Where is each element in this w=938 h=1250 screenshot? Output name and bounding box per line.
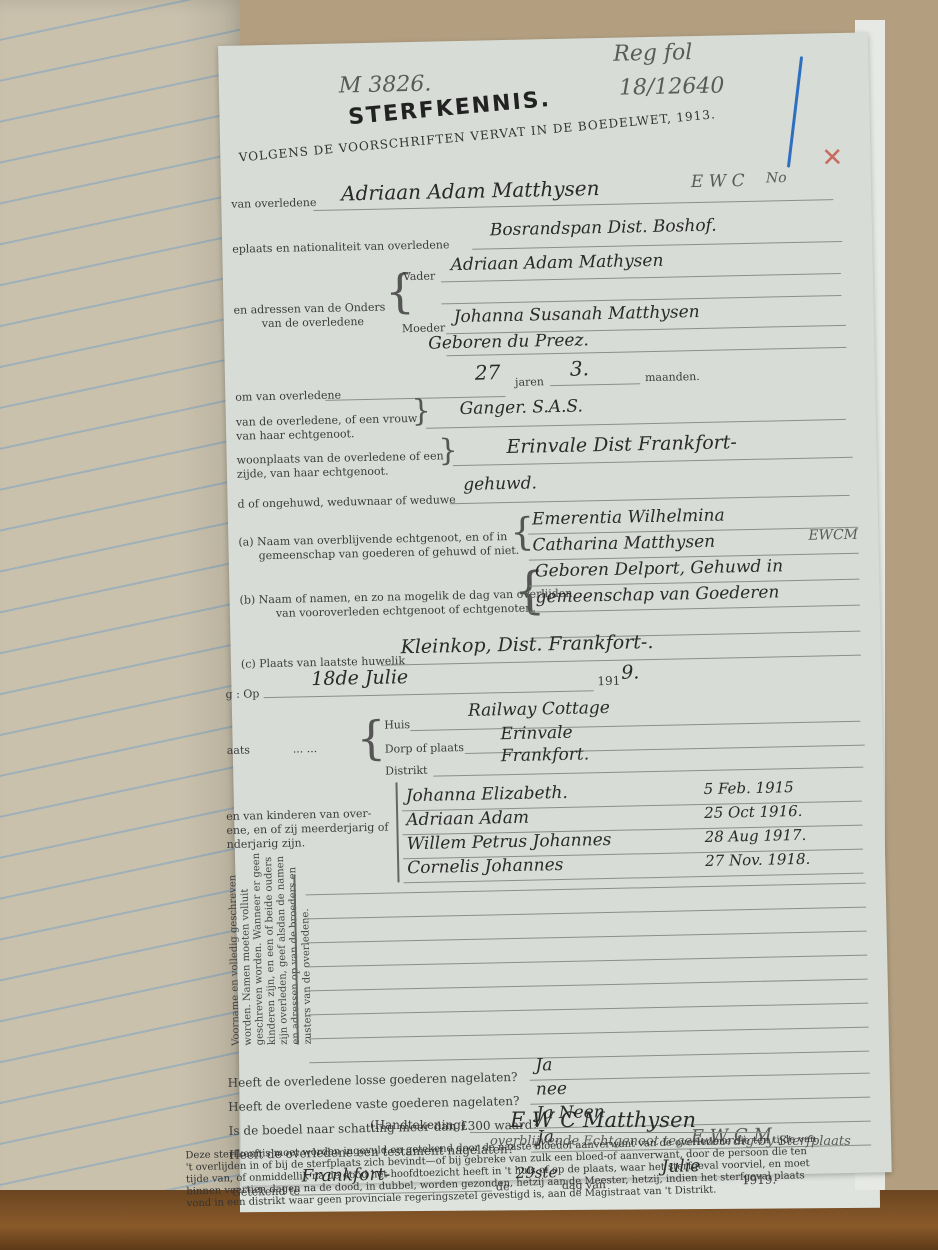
signature: E W C Matthysen [510,1108,696,1132]
father-label: Vader [403,270,436,284]
deceased-name: Adriaan Adam Matthysen [341,176,600,205]
occupation-label-1: van de overledene, of een vrouw [236,412,418,429]
signature-label: (Handtekening) [370,1118,466,1132]
child-name: Adriaan Adam [406,808,529,831]
child-birth-date: 27 Nov. 1918. [705,850,811,870]
district-value: Frankfort. [501,744,590,766]
child-name: Cornelis Johannes [407,855,564,878]
name-label: van overledene [231,196,316,211]
child-name: Johanna Elizabeth. [406,783,568,806]
age-label: om van overledene [235,389,341,404]
register-ref-line1: Reg fol [613,40,693,67]
death-notice-form: M 3826. Reg fol 18/12640 STERFKENNIS. VO… [218,32,892,1185]
child-birth-date: 5 Feb. 1915 [703,778,793,798]
blue-pen-mark [787,56,803,168]
death-place-brace: { [356,711,386,766]
question-label: Heeft de overledene vaste goederen nagel… [228,1094,520,1114]
register-ref-line2: 18/12640 [619,73,725,100]
death-date-label: g : Op [225,687,259,701]
name-annotation-mark: No [766,170,787,186]
occupation-value: Ganger. S.A.S. [459,396,583,419]
child-birth-date: 25 Oct 1916. [704,802,803,822]
child-name: Willem Petrus Johannes [407,830,612,854]
archive-reference: M 3826. [339,72,432,99]
father-name: Adriaan Adam Mathysen [450,251,663,275]
death-year-suffix: 9. [621,661,640,683]
birthplace-label: eplaats en nationaliteit van overledene [232,238,449,256]
child-birth-date: 28 Aug 1917. [704,826,806,846]
birthplace-value: Bosrandspan Dist. Boshof. [490,216,717,241]
spouse-name-line2: Catharina Matthysen [532,532,715,556]
age-years: 27 [475,360,501,385]
question-label: Heeft de overledene losse goederen nagel… [228,1070,518,1090]
question-answer: nee [536,1079,567,1100]
death-day: 18de Julie [311,666,408,690]
marital-status-value: gehuwd. [463,473,537,495]
predeceased-line1: Geboren Delport, Gehuwd in [535,556,783,581]
years-label: jaren [515,375,544,389]
occupation-label-2: van haar echtgenoot. [236,427,355,442]
town-label: Dorp of plaats [385,741,464,756]
town-value: Erinvale [500,723,573,745]
months-label: maanden. [645,370,700,384]
question-answer: Ja [535,1055,552,1075]
occupation-brace: } [411,394,431,429]
name-annotation: E W C [691,171,745,192]
age-months: 3. [570,356,590,380]
marriage-place-value: Kleinkop, Dist. Frankfort-. [400,631,653,658]
spouse-annotation: EWCM [808,527,858,544]
mother-name: Johanna Susanah Matthysen [454,302,700,327]
death-place-dots: ... ... [293,742,318,756]
residence-label-1: woonplaats van de overledene of een [237,449,444,466]
district-label: Distrikt [385,764,428,778]
children-bracket [395,782,399,882]
residence-brace: } [438,433,458,468]
residence-value: Erinvale Dist Frankfort- [506,431,737,458]
spouse-name-line1: Emerentia Wilhelmina [532,505,725,529]
house-label: Huis [384,718,410,732]
marital-status-label: d of ongehuwd, weduwnaar of weduwe [237,493,455,511]
predeceased-line2: gemeenschap van Goederen [535,582,779,607]
siblings-instruction: Voorname en volledig geschreven worden. … [227,844,315,1046]
death-year-prefix: 191 [597,674,620,688]
mother-maiden-name: Geboren du Preez. [428,330,589,353]
parents-label-2: van de overledene [262,315,364,330]
red-cross-mark: ✕ [821,143,843,173]
residence-label-2: zijde, van haar echtgenoot. [237,465,389,481]
death-place-label: aats [227,743,250,756]
children-label-2: ene, en of zij meerderjarig of [226,821,388,837]
house-value: Railway Cottage [468,698,610,721]
